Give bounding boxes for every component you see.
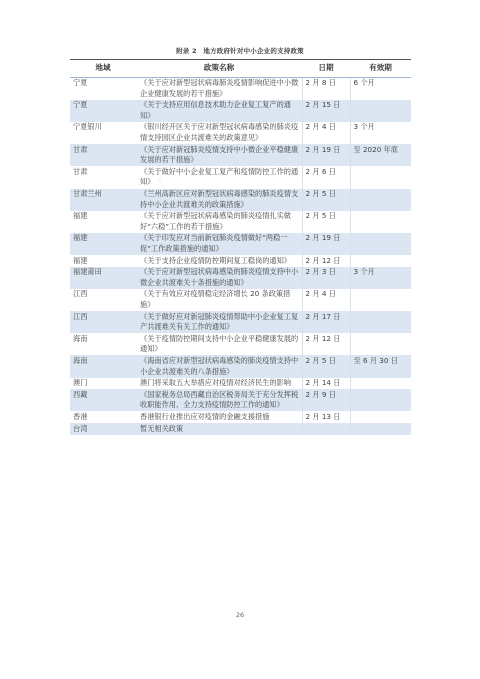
table-row: 福建 《关于应对新型冠状病毒感染的肺炎疫情扎实做好“六稳”工作的若干措施》 2 … [70,211,411,233]
cell-region: 宁夏银川 [70,122,136,144]
cell-region: 江西 [70,311,136,333]
cell-validity: 3 个月 [350,267,411,289]
cell-date: 2 月 15 日 [302,100,350,122]
cell-region: 福建 [70,233,136,255]
cell-policy: 《关于支持企业疫情防控期间复工稳岗的通知》 [136,255,302,267]
cell-region: 海南 [70,355,136,377]
cell-date: 2 月 5 日 [302,211,350,233]
table-row: 福建 《关于印发应对当前新冠肺炎疫情做好“两稳一促”工作政策措施的通知》 2 月… [70,233,411,255]
cell-validity [350,211,411,233]
cell-date: 2 月 4 日 [302,289,350,311]
header-policy: 政策名称 [136,61,302,77]
cell-policy: 《兰州高新区应对新型冠状病毒感染的肺炎疫情支持中小企业共渡难关的政策措施》 [136,189,302,211]
table-row: 甘肃 《关于做好中小企业复工复产和疫情防控工作的通知》 2 月 6 日 [70,166,411,188]
table-header-row: 地域 政策名称 日期 有效期 [70,61,411,77]
table-row: 香港 香港银行业推出应对疫情的金融支援措施 2 月 13 日 [70,411,411,423]
cell-policy: 《关于做好应对新冠肺炎疫情帮助中小企业复工复产共渡难关有关工作的通知》 [136,311,302,333]
cell-validity [350,411,411,423]
table-row: 甘肃兰州 《兰州高新区应对新型冠状病毒感染的肺炎疫情支持中小企业共渡难关的政策措… [70,189,411,211]
cell-validity [350,389,411,411]
cell-validity [350,233,411,255]
cell-validity: 至 2020 年底 [350,144,411,166]
cell-date: 2 月 5 日 [302,189,350,211]
cell-date: 2 月 8 日 [302,77,350,100]
cell-region: 香港 [70,411,136,423]
table-row: 福建莆田 《关于应对新型冠状病毒感染的肺炎疫情支持中小微企业共渡难关十条措施的通… [70,267,411,289]
header-region: 地域 [70,61,136,77]
cell-policy: 《关于应对新型冠状病毒感染的肺炎疫情支持中小微企业共渡难关十条措施的通知》 [136,267,302,289]
cell-policy: 《关于疫情防控期间支持中小企业平稳健康发展的通知》 [136,333,302,355]
table-row: 江西 《关于有效应对疫情稳定经济增长 20 条政策措施》 2 月 4 日 [70,289,411,311]
cell-date: 2 月 12 日 [302,255,350,267]
table-row: 宁夏 《关于应对新型冠状病毒肺炎疫情影响促进中小微企业健康发展的若干措施》 2 … [70,77,411,100]
cell-policy: 《关于支持应用信息技术助力企业复工复产的通知》 [136,100,302,122]
table-row: 甘肃 《关于应对新冠肺炎疫情支持中小微企业平稳健康发展的若干措施》 2 月 19… [70,144,411,166]
cell-policy: 澳门将采取五大举措应对疫情对经济民生的影响 [136,378,302,390]
cell-policy: 《关于应对新型冠状病毒感染的肺炎疫情扎实做好“六稳”工作的若干措施》 [136,211,302,233]
table-row: 江西 《关于做好应对新冠肺炎疫情帮助中小企业复工复产共渡难关有关工作的通知》 2… [70,311,411,333]
cell-region: 宁夏 [70,77,136,100]
cell-date: 2 月 19 日 [302,144,350,166]
cell-policy: 暂无相关政策 [136,423,302,435]
cell-validity: 3 个月 [350,122,411,144]
cell-validity [350,100,411,122]
cell-region: 甘肃兰州 [70,189,136,211]
cell-validity [350,423,411,435]
cell-validity [350,189,411,211]
cell-policy: 《关于有效应对疫情稳定经济增长 20 条政策措施》 [136,289,302,311]
cell-policy: 《关于印发应对当前新冠肺炎疫情做好“两稳一促”工作政策措施的通知》 [136,233,302,255]
cell-date: 2 月 12 日 [302,333,350,355]
cell-region: 福建莆田 [70,267,136,289]
table-row: 宁夏 《关于支持应用信息技术助力企业复工复产的通知》 2 月 15 日 [70,100,411,122]
cell-date: 2 月 17 日 [302,311,350,333]
cell-policy: 《关于应对新型冠状病毒肺炎疫情影响促进中小微企业健康发展的若干措施》 [136,77,302,100]
cell-date: 2 月 6 日 [302,166,350,188]
cell-validity [350,255,411,267]
header-date: 日期 [302,61,350,77]
cell-policy: 《关于应对新冠肺炎疫情支持中小微企业平稳健康发展的若干措施》 [136,144,302,166]
policy-table: 地域 政策名称 日期 有效期 宁夏 《关于应对新型冠状病毒肺炎疫情影响促进中小微… [70,61,411,435]
table-row: 西藏 《国家税务总局西藏自治区税务局关于充分发挥税收职能作用、全力支持疫情防控工… [70,389,411,411]
cell-date: 2 月 5 日 [302,355,350,377]
table-caption: 附录 2 地方政府针对中小企业的支持政策 [0,46,480,55]
table-row: 台湾 暂无相关政策 [70,423,411,435]
table-row: 宁夏银川 《银川经开区关于应对新型冠状病毒感染的肺炎疫情支持园区企业共渡难关的政… [70,122,411,144]
cell-date: 2 月 4 日 [302,122,350,144]
cell-validity: 6 个月 [350,77,411,100]
cell-region: 甘肃 [70,166,136,188]
cell-validity: 至 6 月 30 日 [350,355,411,377]
cell-policy: 香港银行业推出应对疫情的金融支援措施 [136,411,302,423]
cell-region: 台湾 [70,423,136,435]
table-top-rule [70,59,411,60]
page-number: 26 [0,611,480,619]
cell-region: 宁夏 [70,100,136,122]
cell-policy: 《国家税务总局西藏自治区税务局关于充分发挥税收职能作用、全力支持疫情防控工作的通… [136,389,302,411]
cell-date: 2 月 9 日 [302,389,350,411]
cell-region: 西藏 [70,389,136,411]
table-row: 海南 《海南省应对新型冠状病毒感染的肺炎疫情支持中小企业共渡难关的八条措施》 2… [70,355,411,377]
cell-validity [350,289,411,311]
cell-validity [350,378,411,390]
cell-region: 福建 [70,255,136,267]
cell-region: 江西 [70,289,136,311]
cell-policy: 《银川经开区关于应对新型冠状病毒感染的肺炎疫情支持园区企业共渡难关的政策意见》 [136,122,302,144]
cell-date [302,423,350,435]
cell-region: 澳门 [70,378,136,390]
cell-date: 2 月 3 日 [302,267,350,289]
cell-date: 2 月 19 日 [302,233,350,255]
table-row: 海南 《关于疫情防控期间支持中小企业平稳健康发展的通知》 2 月 12 日 [70,333,411,355]
cell-region: 甘肃 [70,144,136,166]
cell-region: 海南 [70,333,136,355]
table-row: 澳门 澳门将采取五大举措应对疫情对经济民生的影响 2 月 14 日 [70,378,411,390]
cell-validity [350,311,411,333]
cell-region: 福建 [70,211,136,233]
cell-date: 2 月 13 日 [302,411,350,423]
header-validity: 有效期 [350,61,411,77]
cell-validity [350,166,411,188]
table-row: 福建 《关于支持企业疫情防控期间复工稳岗的通知》 2 月 12 日 [70,255,411,267]
cell-validity [350,333,411,355]
cell-date: 2 月 14 日 [302,378,350,390]
cell-policy: 《海南省应对新型冠状病毒感染的肺炎疫情支持中小企业共渡难关的八条措施》 [136,355,302,377]
cell-policy: 《关于做好中小企业复工复产和疫情防控工作的通知》 [136,166,302,188]
